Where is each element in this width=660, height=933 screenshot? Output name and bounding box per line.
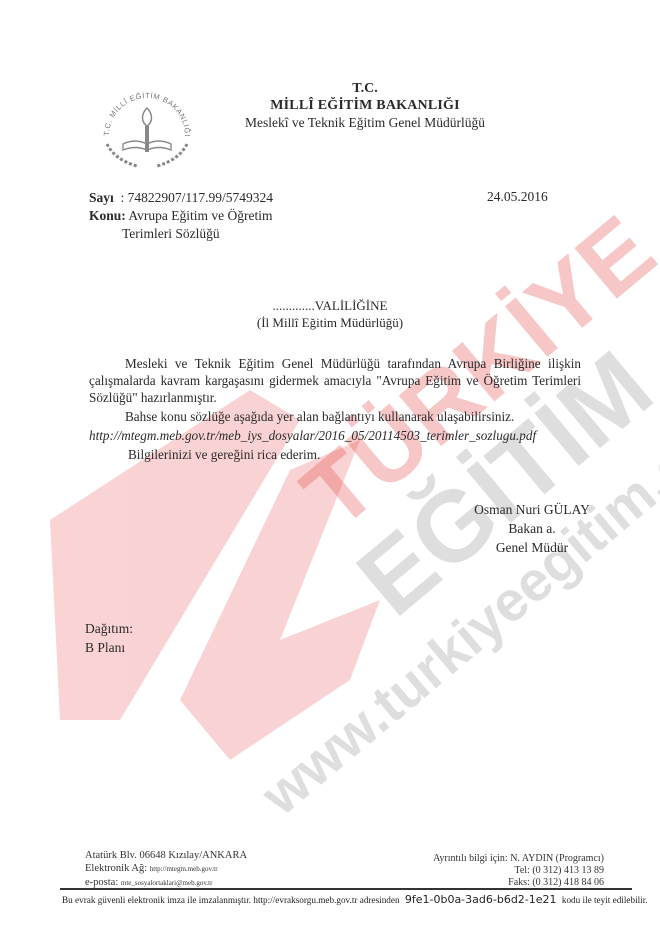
letter-body: Mesleki ve Teknik Eğitim Genel Müdürlüğü…	[89, 355, 581, 463]
footer-email-link[interactable]: mte_sosyalortaklari@meb.gov.tr	[121, 879, 213, 887]
footer-contact-person: Ayrıntılı bilgi için: N. AYDIN (Programc…	[380, 853, 604, 865]
signature-block: Osman Nuri GÜLAY Bakan a. Genel Müdür	[452, 500, 612, 557]
addressee-line1: .............VALİLİĞİNE	[0, 297, 660, 314]
sayi-value: : 74822907/117.99/5749324	[121, 190, 274, 205]
verify-prefix: Bu evrak güvenli elektronik imza ile imz…	[62, 895, 400, 905]
footer-web-label: Elektronik Ağ:	[85, 863, 147, 874]
letterhead-ministry: MİLLÎ EĞİTİM BAKANLIĞI	[200, 97, 530, 114]
footer-email-label: e-posta:	[85, 877, 118, 888]
letterhead-department: Meslekî ve Teknik Eğitim Genel Müdürlüğü	[200, 114, 530, 131]
konu-label: Konu:	[89, 208, 126, 223]
distribution: Dağıtım: B Planı	[85, 619, 133, 657]
konu-value-cont: Terimleri Sözlüğü	[89, 225, 273, 243]
distribution-value: B Planı	[85, 638, 133, 657]
footer-tel: Tel: (0 312) 413 13 89	[380, 865, 604, 877]
footer-address: Atatürk Blv. 06648 Kızılay/ANKARA Elektr…	[85, 849, 247, 890]
addressee: .............VALİLİĞİNE (İl Millî Eğitim…	[0, 297, 660, 331]
e-signature-verification: Bu evrak güvenli elektronik imza ile imz…	[62, 893, 642, 906]
letterhead: T.C. MİLLÎ EĞİTİM BAKANLIĞI Meslekî ve T…	[200, 80, 530, 131]
konu-value: Avrupa Eğitim ve Öğretim	[128, 208, 272, 223]
body-paragraph-1: Mesleki ve Teknik Eğitim Genel Müdürlüğü…	[89, 355, 581, 406]
verify-suffix: kodu ile teyit edilebilir.	[562, 895, 648, 905]
footer-web-link[interactable]: http://mtegm.meb.gov.tr	[150, 865, 218, 873]
dictionary-link[interactable]: http://mtegm.meb.gov.tr/meb_iys_dosyalar…	[89, 427, 581, 444]
footer-divider	[60, 888, 632, 890]
signatory-title-1: Bakan a.	[452, 519, 612, 538]
signatory-title-2: Genel Müdür	[452, 538, 612, 557]
addressee-line2: (İl Millî Eğitim Müdürlüğü)	[0, 314, 660, 331]
footer-contact: Ayrıntılı bilgi için: N. AYDIN (Programc…	[380, 853, 604, 889]
document-meta: Sayı : 74822907/117.99/5749324 Konu: Avr…	[89, 189, 273, 243]
sayi-label: Sayı	[89, 190, 114, 205]
verify-code: 9fe1-0b0a-3ad6-b6d2-1e21	[402, 893, 560, 906]
signatory-name: Osman Nuri GÜLAY	[452, 500, 612, 519]
document-date: 24.05.2016	[487, 189, 548, 205]
letterhead-tc: T.C.	[200, 80, 530, 97]
ministry-logo-icon: T.C. MİLLÎ EĞİTİM BAKANLIĞI	[95, 78, 199, 176]
body-paragraph-3: Bilgilerinizi ve gereğini rica ederim.	[89, 446, 581, 463]
footer-street: Atatürk Blv. 06648 Kızılay/ANKARA	[85, 849, 247, 862]
body-paragraph-2: Bahse konu sözlüğe aşağıda yer alan bağl…	[89, 408, 581, 425]
distribution-label: Dağıtım:	[85, 619, 133, 638]
